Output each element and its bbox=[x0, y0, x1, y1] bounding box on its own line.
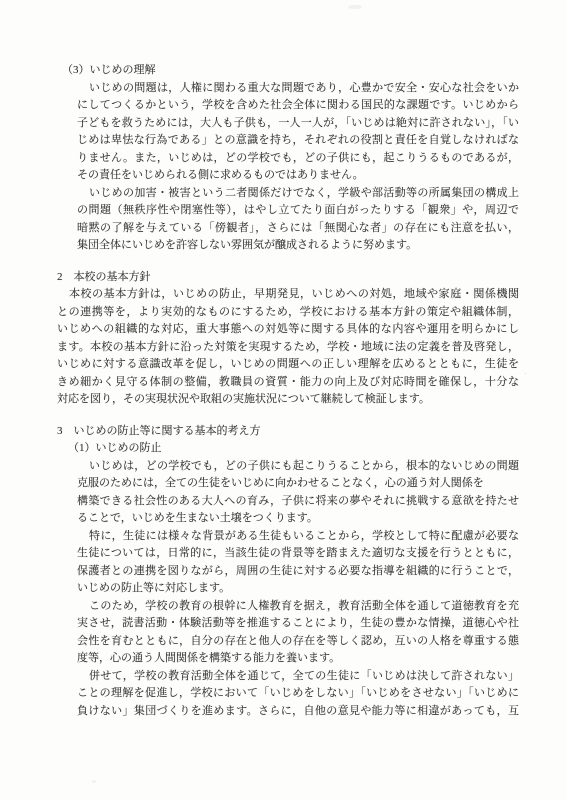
scan-artifact bbox=[348, 5, 362, 9]
text-line: 保護者との連携を図りながら，周囲の生徒に対する必要な指導を組織的に行うことで， bbox=[77, 563, 519, 581]
section-heading-3-basic-approach: 3 いじめの防止等に関する基本的考え方 bbox=[57, 423, 566, 441]
text-line: きめ細かく見守る体制の整備，教職員の資質・能力の向上及び対応時間を確保し，十分な bbox=[57, 374, 519, 392]
section-heading-3-ijime-understanding: （3）いじめの理解 bbox=[62, 62, 566, 80]
text-line: 生徒については，日常的に，当該生徒の背景等を踏まえた適切な支援を行うとともに， bbox=[77, 545, 519, 563]
section-heading-2-basic-policy: 2 本校の基本方針 bbox=[57, 269, 566, 287]
text-line: りません。また，いじめは，どの学校でも，どの子供にも，起こりうるものであるが， bbox=[77, 150, 519, 168]
text-line: 会性を育むとともに，自分の存在と他人の存在を等しく認め，互いの人格を尊重する態 bbox=[77, 633, 519, 651]
text-line: 構築できる社会性のある大人への育み，子供に将来の夢やそれに挑戦する意欲を持たせ bbox=[77, 493, 519, 511]
text-line: その責任をいじめられる側に求めるものではありません。 bbox=[77, 167, 519, 185]
text-line: 集団全体にいじめを許容しない雰囲気が醸成されるように努めます。 bbox=[77, 237, 519, 255]
text-line: ことの理解を促進し，学校において「いじめをしない」「いじめをさせない」「いじめに bbox=[77, 685, 519, 703]
text-line: の問題（無秩序性や閉塞性等），はやし立てたり面白がったりする「観衆」や，周辺で bbox=[77, 202, 519, 220]
text-line: 子どもを救うためには，大人も子供も，一人一人が，「いじめは絶対に許されない」，「… bbox=[77, 115, 519, 133]
text-line: 暗黙の了解を与えている「傍観者」，さらには「無関心な者」の存在にも注意を払い， bbox=[77, 220, 519, 238]
text-line: いじめは，どの学校でも，どの子供にも起こりうることから，根本的ないじめの問題 bbox=[77, 458, 519, 476]
scan-artifact bbox=[524, 372, 527, 375]
scanned-document-page: （3）いじめの理解いじめの問題は，人権に関わる重大な問題であり，心豊かで安全・安… bbox=[0, 0, 566, 800]
text-line: 実させ，読書活動・体験活動等を推進することにより，生徒の豊かな情操，道徳心や社 bbox=[77, 615, 519, 633]
text-line: いじめの問題は，人権に関わる重大な問題であり，心豊かで安全・安心な社会をいか bbox=[77, 80, 519, 98]
text-line: ることで，いじめを生まない土壌をつくります。 bbox=[77, 510, 519, 528]
text-line: いじめに対する意識改革を促し，いじめの問題への正しい理解を広めるとともに，生徒を bbox=[57, 356, 519, 374]
text-line: ます。本校の基本方針に沿った対策を実現するため，学校・地域に法の定義を普及啓発し… bbox=[57, 339, 519, 357]
text-line: との連携等を，より実効的なものにするため，学校における基本方針の策定や組織体制， bbox=[57, 304, 519, 322]
text-line: 特に，生徒には様々な背景がある生徒もいることから，学校として特に配慮が必要な bbox=[77, 528, 519, 546]
text-line: 本校の基本方針は，いじめの防止，早期発見，いじめへの対処，地域や家庭・関係機関 bbox=[57, 286, 519, 304]
text-line: いじめへの組織的な対応，重大事態への対処等に関する具体的な内容や運用を明らかにし bbox=[57, 321, 519, 339]
subsection-heading-1-ijime-prevention: （1）いじめの防止 bbox=[68, 440, 566, 458]
text-line: じめは卑怯な行為である」との意識を持ち，それぞれの役割と責任を自覚しなければな bbox=[77, 132, 519, 150]
text-line: 対応を図り，その実現状況や取組の実施状況について継続して検証します。 bbox=[57, 391, 519, 409]
text-line: にしてつくるかという，学校を含めた社会全体に関わる国民的な課題です。いじめから bbox=[77, 97, 519, 115]
text-line: いじめの防止等に対応します。 bbox=[77, 580, 519, 598]
text-line: 併せて，学校の教育活動全体を通じて，全ての生徒に「いじめは決して許されない」 bbox=[77, 668, 519, 686]
text-line: いじめの加害・被害という二者関係だけでなく，学級や部活動等の所属集団の構成上 bbox=[77, 185, 519, 203]
text-line: 負けない」集団づくりを進めます。さらに，自他の意見や能力等に相違があっても，互 bbox=[77, 703, 519, 721]
scan-artifact bbox=[92, 780, 96, 783]
document-body: （3）いじめの理解いじめの問題は，人権に関わる重大な問題であり，心豊かで安全・安… bbox=[0, 62, 566, 720]
text-line: このため，学校の教育の根幹に人権教育を据え，教育活動全体を通して道徳教育を充 bbox=[77, 598, 519, 616]
text-line: 度等，心の通う人間関係を構築する能力を養います。 bbox=[77, 650, 519, 668]
text-line: 克服のためには，全ての生徒をいじめに向かわせることなく，心の通う対人関係を bbox=[77, 475, 519, 493]
